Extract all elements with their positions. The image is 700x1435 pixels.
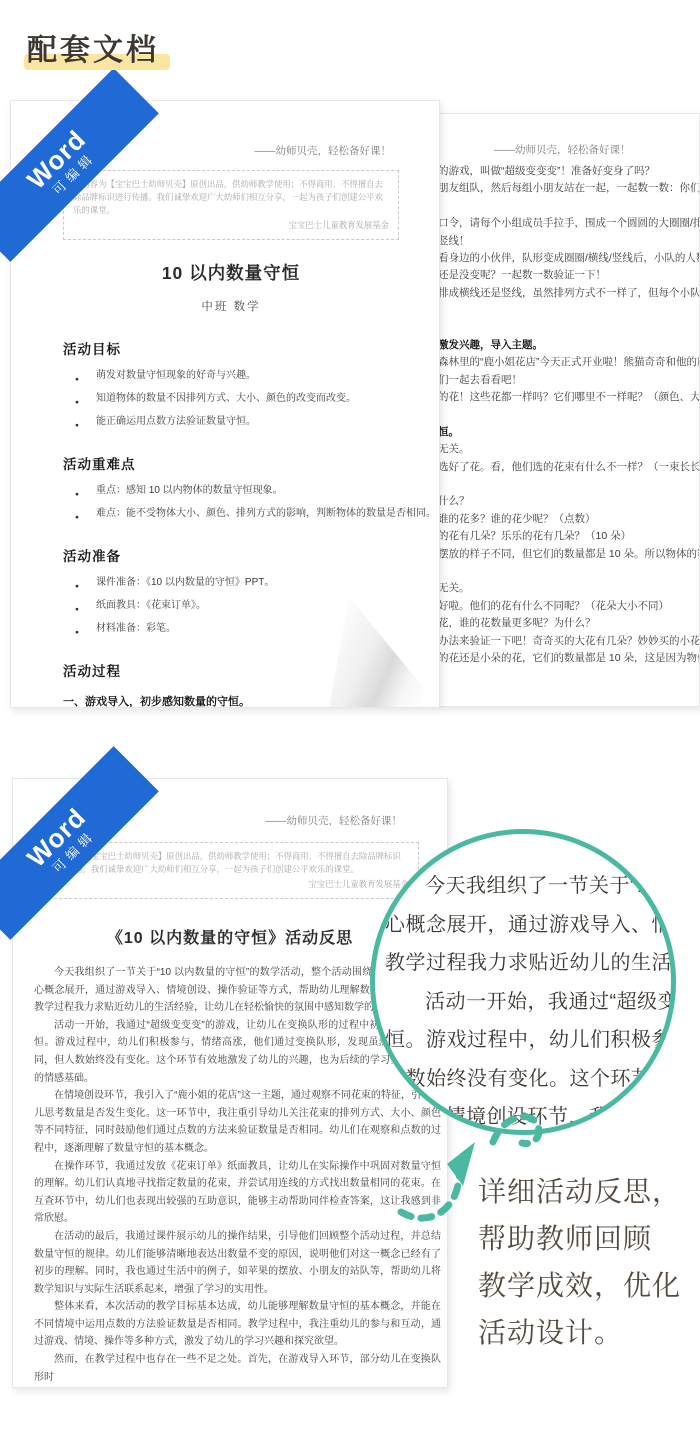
doc-header-slogan: ——幼师贝壳，轻松备好课！ — [438, 142, 699, 157]
doc-line: 的花还是小朵的花，它们的数量都是 10 朵，这是因为物体数量与它们的大 — [438, 650, 699, 667]
doc-line: 的花有几朵？乐乐的花有几朵？（10 朵） — [438, 528, 699, 545]
list-item: 知道物体的数量不因排列方式、大小、颜色的改变而改变。 — [63, 391, 399, 406]
doc-line: 恒。 — [438, 424, 699, 441]
list-item: 萌发对数量守恒现象的好奇与兴趣。 — [63, 368, 399, 383]
section-heading-goals: 活动目标 — [63, 338, 399, 358]
doc2-paragraph: 在活动的最后，我通过课件展示幼儿的操作结果，引导他们回顾整个活动过程，并总结数量… — [34, 1228, 441, 1298]
magnified-line: 教学过程我力求贴近幼儿的生活经验， — [375, 944, 671, 983]
doc-line: 花，谁的花数量更多呢？为什么？ — [438, 615, 699, 632]
doc-line: 什么？ — [438, 493, 699, 510]
doc-line: 好啦。他们的花有什么不同呢？（花朵大小不同） — [438, 598, 699, 615]
page-root: 配套文档 ——幼师贝壳，轻松备好课！ 的游戏，叫做“超级变变变”！准备好变身了吗… — [0, 0, 700, 1435]
doc-line: 看身边的小伙伴，队形变成圈圈/横线/竖线后，小队的人数有 — [438, 250, 699, 267]
doc-line: 还是没变呢？一起数一数验证一下！ — [438, 267, 699, 284]
doc-line: 竖线！ — [438, 233, 699, 250]
magnified-text: 今天我组织了一节关于“10 以心概念展开，通过游戏导入、情境创教学过程我力求贴近… — [375, 834, 671, 1135]
copyright-text: 本内容为【宝宝巴士幼师贝壳】原创出品，供幼师教学使用；不得商用、不得擅自去除品牌… — [73, 178, 389, 217]
doc-line: 的游戏，叫做“超级变变变”！准备好变身了吗？ — [438, 163, 699, 180]
doc1-page2[interactable]: ——幼师贝壳，轻松备好课！ 的游戏，叫做“超级变变变”！准备好变身了吗？朋友组队… — [438, 113, 700, 707]
doc-line: 们一起去看看吧！ — [438, 372, 699, 389]
doc1-meta: 中班 数学 — [63, 298, 399, 314]
list-item: 课件准备：《10 以内数量的守恒》PPT。 — [63, 575, 399, 590]
doc-line: 无关。 — [438, 441, 699, 458]
page-title: 配套文档 — [27, 25, 159, 69]
keypoints-list: 重点：感知 10 以内物体的数量守恒现象。难点：能不受物体大小、颜色、排列方式的… — [63, 483, 399, 521]
doc2-paragraph: 在情境创设环节，我引入了“鹿小姐的花店”这一主题，通过观察不同花束的特征，引导幼… — [34, 1087, 441, 1157]
copyright-signature: 宝宝巴士儿童教育发展基金 — [73, 219, 389, 232]
list-item: 能正确运用点数方法验证数量守恒。 — [63, 414, 399, 429]
caption-line: 活动设计。 — [478, 1309, 698, 1356]
doc1-page2-lines: 的游戏，叫做“超级变变变”！准备好变身了吗？朋友组队，然后每组小朋友站在一起，一… — [438, 163, 699, 667]
magnified-line: 恒。游戏过程中，幼儿们积极参与， — [375, 1021, 671, 1060]
magnified-line: 心概念展开，通过游戏导入、情境创 — [375, 906, 671, 945]
list-item: 难点：能不受物体大小、颜色、排列方式的影响，判断物体的数量是否相同。 — [63, 506, 399, 521]
magnified-line: 今天我组织了一节关于“10 以 — [375, 867, 671, 906]
doc-line: 排成横线还是竖线，虽然排列方式不一样了，但每个小队的人数 — [438, 285, 699, 302]
section-heading-keypoints: 活动重难点 — [63, 453, 399, 473]
goals-list: 萌发对数量守恒现象的好奇与兴趣。知道物体的数量不因排列方式、大小、颜色的改变而改… — [63, 368, 399, 429]
section-heading-preparation: 活动准备 — [63, 545, 399, 565]
doc-line: 朋友组队，然后每组小朋友站在一起，一起数一数：你们小组有 — [438, 180, 699, 197]
section-heading: 配套文档 — [27, 25, 159, 69]
copyright-box: 本内容为【宝宝巴士幼师贝壳】原创出品，供幼师教学使用；不得商用、不得擅自去除品牌… — [63, 170, 399, 240]
doc-line: 森林里的“鹿小姐花店”今天正式开业啦！熊猫奇奇和他的朋友 — [438, 354, 699, 371]
magnifier-circle: 今天我组织了一节关于“10 以心概念展开，通过游戏导入、情境创教学过程我力求贴近… — [370, 829, 676, 1135]
doc-line: 无关。 — [438, 580, 699, 597]
doc2-paragraph: 然而，在教学过程中也存在一些不足之处。首先，在游戏导入环节，部分幼儿在变换队形时 — [34, 1351, 441, 1386]
doc1-title: 10 以内数量守恒 — [63, 260, 399, 285]
doc-line: 口令，请每个小组成员手拉手，围成一个圆圆的大圈圈/排成一条 — [438, 215, 699, 232]
doc-line: 摆放的样子不同，但它们的数量都是 10 朵。所以物体的数 — [438, 546, 699, 563]
dashed-arrow-icon — [393, 1100, 553, 1230]
doc2-paragraph: 在操作环节，我通过发放《花束订单》纸面教具，让幼儿在实际操作中巩固对数量守恒的理… — [34, 1158, 441, 1228]
doc-line: 选好了花。看，他们选的花束有什么不一样？（一束长长的、 — [438, 459, 699, 476]
doc-line: 的花！这些花都一样吗？它们哪里不一样呢？（颜色、大小、 — [438, 389, 699, 406]
doc-line: 激发兴趣，导入主题。 — [438, 337, 699, 354]
copyright-text: 本内容为【宝宝巴士幼师贝壳】原创出品，供幼师教学使用；不得商用、不得擅自去除品牌… — [49, 850, 409, 876]
caption-line: 教学成效，优化 — [478, 1262, 698, 1309]
list-item: 重点：感知 10 以内物体的数量守恒现象。 — [63, 483, 399, 498]
magnified-line: 人数始终没有变化。这个环节有效 — [375, 1060, 671, 1099]
doc-line: 谁的花多？谁的花少呢？（点数） — [438, 511, 699, 528]
copyright-signature: 宝宝巴士儿童教育发展基金 — [49, 878, 409, 891]
doc-line: 办法来验证一下吧！奇奇买的大花有几朵？妙妙买的小花有几朵？ — [438, 633, 699, 650]
doc2-paragraph: 整体来看，本次活动的教学目标基本达成，幼儿能够理解数量守恒的基本概念，并能在不同… — [34, 1298, 441, 1351]
magnified-line: 活动一开始，我通过“超级变变变 — [375, 983, 671, 1022]
